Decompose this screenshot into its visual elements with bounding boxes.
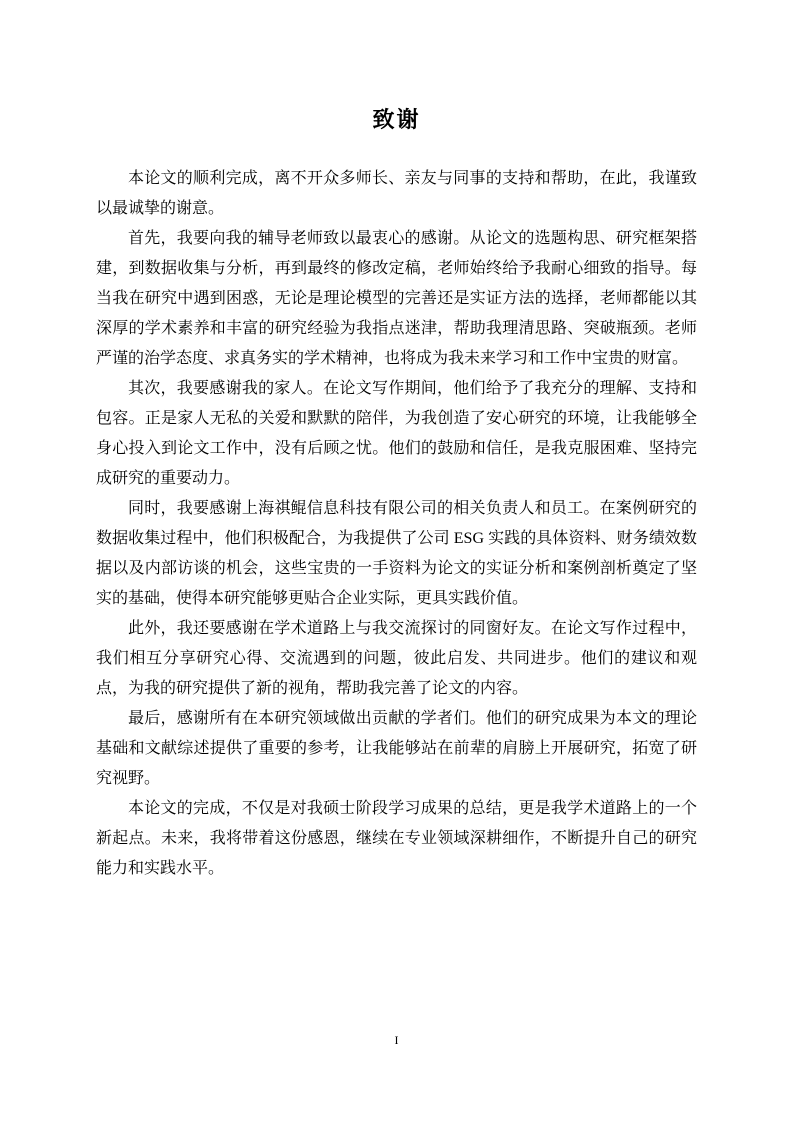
page-footer: I [0,1031,793,1049]
document-content: 致谢 本论文的顺利完成，离不开众多师长、亲友与同事的支持和帮助，在此，我谨致以最… [96,103,697,884]
paragraph-company-thanks: 同时，我要感谢上海祺鲲信息科技有限公司的相关负责人和员工。在案例研究的数据收集过… [96,494,697,614]
page-title: 致谢 [96,103,697,136]
document-page: 致谢 本论文的顺利完成，离不开众多师长、亲友与同事的支持和帮助，在此，我谨致以最… [0,0,793,1122]
paragraph-advisor-thanks: 首先，我要向我的辅导老师致以最衷心的感谢。从论文的选题构思、研究框架搭建，到数据… [96,224,697,374]
paragraph-friends-thanks: 此外，我还要感谢在学术道路上与我交流探讨的同窗好友。在论文写作过程中，我们相互分… [96,614,697,704]
paragraph-scholars-thanks: 最后，感谢所有在本研究领域做出贡献的学者们。他们的研究成果为本文的理论基础和文献… [96,704,697,794]
paragraph-opening: 本论文的顺利完成，离不开众多师长、亲友与同事的支持和帮助，在此，我谨致以最诚挚的… [96,164,697,224]
paragraph-closing: 本论文的完成，不仅是对我硕士阶段学习成果的总结，更是我学术道路上的一个新起点。未… [96,794,697,884]
paragraph-family-thanks: 其次，我要感谢我的家人。在论文写作期间，他们给予了我充分的理解、支持和包容。正是… [96,374,697,494]
page-number: I [395,1033,399,1047]
document-body: 本论文的顺利完成，离不开众多师长、亲友与同事的支持和帮助，在此，我谨致以最诚挚的… [96,164,697,884]
